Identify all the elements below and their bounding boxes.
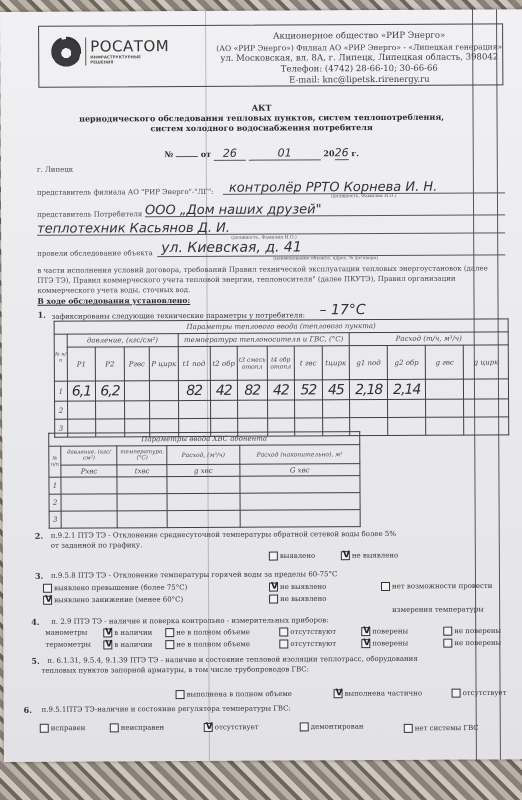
checkbox-option[interactable]: нет системы ГВС xyxy=(404,724,479,733)
table-cell-p2[interactable]: 6,2 xyxy=(96,381,125,401)
item6-text: п.9.5.1ПТЭ ТЭ-наличие и состояние регуля… xyxy=(42,703,291,714)
cold-subheader: g хвс xyxy=(167,464,239,476)
act-title: АКТ периодического обследования тепловых… xyxy=(0,101,522,134)
table-cell[interactable] xyxy=(61,511,117,528)
item5-text: тепловых пунктов запорной арматуры, в то… xyxy=(41,664,309,675)
table-cell-t2-обр[interactable]: 42 xyxy=(210,380,238,400)
heat-column-header: tцирк xyxy=(322,346,350,380)
checkbox-option[interactable]: отсутствуют xyxy=(279,639,336,648)
findings-heading: В ходе обследования установлено: xyxy=(37,296,190,306)
checkbox-icon[interactable] xyxy=(40,724,49,733)
item3-extra-text: измерения температуры xyxy=(392,605,484,613)
table-cell-t2-обр[interactable] xyxy=(210,400,238,418)
survey-object-field[interactable]: ул. Киевская, д. 41 xyxy=(157,235,505,257)
table-cell-g-гвс[interactable] xyxy=(426,379,464,399)
rep-branch-label: представитель филиала АО "РИР Энерго"-"Л… xyxy=(37,188,214,197)
rep-branch-field[interactable]: контролёр РРТО Корнева И. Н. xyxy=(223,175,505,194)
table-cell-g-цирк[interactable] xyxy=(464,379,509,399)
cold-header: давление, (кгс/см²) xyxy=(61,446,117,465)
survey-label: провели обследование объекта xyxy=(37,249,153,258)
table-cell-g-цирк[interactable] xyxy=(464,399,509,417)
checkbox-icon[interactable] xyxy=(269,595,278,604)
checkbox-option[interactable]: поверены xyxy=(361,627,408,636)
date-month[interactable]: 01 xyxy=(249,146,321,160)
checkbox-label: отсутствует xyxy=(215,723,259,731)
scope-paragraph: в части исполнения условий договора, тре… xyxy=(37,263,497,295)
checkbox-label: выявлено xyxy=(280,552,315,560)
checkbox-label: не поверены xyxy=(454,627,501,635)
table-cell-p-цирк[interactable] xyxy=(150,381,179,401)
checkbox-option[interactable]: демонтирован xyxy=(300,722,364,731)
checkbox-icon[interactable] xyxy=(443,627,452,636)
number-label: № xyxy=(164,149,173,159)
checkbox-option[interactable]: отсутствует xyxy=(452,688,507,697)
heat-column-header: P2 xyxy=(96,347,125,381)
year-unit: г. xyxy=(351,148,359,158)
survey-object-value: ул. Киевская, д. 41 xyxy=(161,239,302,256)
item-number: 3. xyxy=(35,571,43,581)
table-cell-t1-под[interactable] xyxy=(178,400,210,418)
row-number: 2 xyxy=(49,494,61,511)
row-number-header: № п/п xyxy=(54,334,67,381)
table-cell-g2-обр[interactable]: 2,14 xyxy=(388,379,426,399)
item2-text: п.9.2.1 ПТЭ ТЭ - Отклонение среднесуточн… xyxy=(51,529,396,541)
item3-text: п.9.5.8 ПТЭ ТЭ - Отклонение температуры … xyxy=(51,569,337,580)
table-cell[interactable] xyxy=(167,476,239,493)
table-cell-t3-смесь-отопл[interactable] xyxy=(238,400,268,418)
checkbox-label: выполнена частично xyxy=(345,689,423,697)
checkbox-label: отсутствуют xyxy=(290,628,336,636)
checkbox-icon[interactable] xyxy=(279,639,288,648)
item4-text: п. 2.9 ПТЭ ТЭ - наличие и поверка контро… xyxy=(51,615,328,626)
checkbox-label: выполнена в полном объеме xyxy=(187,690,292,699)
org-line: ул. Московская, вл. 8А, г. Липецк, Липец… xyxy=(214,52,504,65)
instrument-label: манометры xyxy=(45,629,87,637)
checkbox-checked-icon[interactable] xyxy=(103,628,112,637)
checkbox-checked-icon[interactable] xyxy=(361,627,370,636)
checkbox-option[interactable]: не в полном объеме xyxy=(165,640,250,649)
table-cell[interactable] xyxy=(61,477,117,494)
item-number: 6. xyxy=(24,705,32,715)
heat-input-table: Параметры теплового ввода (теплового пун… xyxy=(54,318,510,437)
table-row: 3 xyxy=(49,510,360,529)
checkbox-option[interactable]: выявлено превышение (более 75°С) xyxy=(43,583,187,593)
table-cell-tцирк[interactable] xyxy=(322,400,350,418)
checkbox-checked-icon[interactable] xyxy=(341,551,350,560)
checkbox-label: отсутствует xyxy=(463,689,507,697)
table-row: 1 xyxy=(49,476,360,495)
checkbox-checked-icon[interactable] xyxy=(269,583,278,592)
checkbox-icon[interactable] xyxy=(176,690,185,699)
checkbox-option[interactable]: не поверены xyxy=(443,638,501,647)
table-cell[interactable] xyxy=(117,511,167,528)
checkbox-option[interactable]: отсутствует xyxy=(204,723,259,732)
rep-consumer-field[interactable]: ООО „Дом наших друзей" xyxy=(145,197,505,217)
logo-divider xyxy=(85,38,86,66)
table-cell[interactable] xyxy=(167,510,239,527)
heat-column-header: Pгвс xyxy=(124,347,150,381)
checkbox-option[interactable]: не выявлено xyxy=(269,582,326,591)
pressure-group-header: давление, (кгс/см²) xyxy=(67,334,178,348)
logo-name: РОСАТОМ xyxy=(90,39,169,54)
table-cell-t3-смесь-отопл[interactable]: 82 xyxy=(237,380,267,400)
checkbox-icon[interactable] xyxy=(452,689,461,698)
heat-column-header: t2 обр xyxy=(210,346,238,380)
table-cell-g-гвс[interactable] xyxy=(426,417,464,435)
checkbox-option[interactable]: выполнена в полном объеме xyxy=(176,689,292,699)
checkbox-label: демонтирован xyxy=(311,723,364,731)
checkbox-option[interactable]: не выявлено xyxy=(269,594,326,603)
checkbox-label: поверены xyxy=(372,627,408,635)
table-cell-g-гвс[interactable] xyxy=(426,399,464,417)
checkbox-label: не выявлено xyxy=(280,583,326,591)
checkbox-option[interactable]: не выявлено xyxy=(341,551,398,560)
row-number-header: № п/п xyxy=(49,446,61,477)
letterhead: РОСАТОМ ИНФРАСТРУКТУРНЫЕ РЕШЕНИЯ Акционе… xyxy=(38,23,503,87)
item-number: 5. xyxy=(31,656,39,666)
table-cell-g2-обр[interactable] xyxy=(388,399,426,417)
checkbox-label: отсутствуют xyxy=(290,640,336,648)
item-number: 1. xyxy=(38,310,46,320)
table-cell-t-гвс[interactable]: 52 xyxy=(295,380,323,400)
heat-column-header: t1 под xyxy=(178,346,210,380)
checkbox-checked-icon[interactable] xyxy=(103,640,112,649)
table-cell-p1[interactable]: 6,1 xyxy=(67,381,96,401)
cold-header: температура, (°С) xyxy=(117,446,167,465)
table-row: 16,16,28242824252452,182,14 xyxy=(54,379,508,401)
checkbox-label: не в полном объеме xyxy=(176,628,250,636)
checkbox-icon[interactable] xyxy=(279,627,288,636)
checkbox-option[interactable]: отсутствуют xyxy=(279,627,336,636)
checkbox-option[interactable]: не в полном объеме xyxy=(165,628,250,637)
rosatom-logo: РОСАТОМ ИНФРАСТРУКТУРНЫЕ РЕШЕНИЯ xyxy=(51,36,169,67)
checkbox-label: не выявлено xyxy=(352,551,398,559)
checkbox-label: не поверены xyxy=(454,639,501,647)
table-cell[interactable] xyxy=(240,510,361,528)
cold-header: Расход, (м³/ч) xyxy=(167,445,239,464)
table-cell-g2-обр[interactable] xyxy=(388,417,426,435)
cold-subheader: G хвс xyxy=(239,464,359,477)
rep-consumer-value-2: теплотехник Касьянов Д. И. xyxy=(37,221,230,237)
checkbox-option[interactable]: поверены xyxy=(361,639,408,648)
table-cell[interactable] xyxy=(240,493,361,511)
heat-column-header: P1 xyxy=(67,347,96,381)
row-number: 1 xyxy=(54,381,67,401)
table-cell[interactable] xyxy=(117,494,167,511)
checkbox-checked-icon[interactable] xyxy=(361,639,370,648)
checkbox-icon[interactable] xyxy=(381,582,390,591)
table-cell-pгвс[interactable] xyxy=(124,401,149,419)
heat-column-header: g гвс xyxy=(426,345,464,379)
organization-details: Акционерное общество «РИР Энерго» (АО «Р… xyxy=(214,30,504,87)
table-row: 2 xyxy=(49,493,360,512)
heat-column-header: P цирк xyxy=(149,347,178,381)
table-cell-tцирк[interactable]: 45 xyxy=(322,380,350,400)
table-cell-t4-обр-отопл[interactable]: 42 xyxy=(267,380,295,400)
row-number: 2 xyxy=(55,401,68,419)
org-email: E-mail: knc@lipetsk.rirenergy.ru xyxy=(214,74,504,87)
checkbox-option[interactable]: не поверены xyxy=(443,626,501,635)
cold-header: Расход (накопительно), м³ xyxy=(239,445,360,465)
checkbox-icon[interactable] xyxy=(269,552,278,561)
cold-water-input-table: Параметры ввода ХВС абонента № п/п давле… xyxy=(48,431,360,529)
act-number-date: № от 26 01 2026 г. xyxy=(1,145,522,162)
row-number: 3 xyxy=(49,511,61,528)
heat-column-header: g цирк xyxy=(464,345,509,379)
table-cell-g1-под[interactable] xyxy=(350,399,388,417)
table-cell-pгвс[interactable] xyxy=(124,381,149,401)
table-cell[interactable] xyxy=(167,493,239,510)
table-cell-t1-под[interactable]: 82 xyxy=(178,380,210,400)
checkbox-label: выявлено превышение (более 75°С) xyxy=(54,584,187,593)
city: г. Липецк xyxy=(37,166,73,174)
table-cell[interactable] xyxy=(61,494,117,511)
checkbox-label: не выявлено xyxy=(280,595,326,603)
table-cell[interactable] xyxy=(240,476,361,494)
table-cell[interactable] xyxy=(117,477,167,494)
checkbox-option[interactable]: выявлено занижение (менее 60°С) xyxy=(43,595,183,605)
checkbox-option[interactable]: исправен xyxy=(40,724,86,733)
checkbox-label: выявлено занижение (менее 60°С) xyxy=(54,596,183,605)
document-page: РОСАТОМ ИНФРАСТРУКТУРНЫЕ РЕШЕНИЯ Акционе… xyxy=(0,9,522,762)
checkbox-label: нет возможности провести xyxy=(392,582,492,591)
heat-column-header: g2 обр xyxy=(387,345,425,379)
table-cell-t-гвс[interactable] xyxy=(295,400,323,418)
from-label: от xyxy=(201,149,211,159)
cold-subheader: tхвс xyxy=(117,465,167,477)
rosatom-logo-icon xyxy=(51,37,81,67)
row-number: 1 xyxy=(49,477,61,494)
table-cell-p-цирк[interactable] xyxy=(150,401,179,419)
checkbox-checked-icon[interactable] xyxy=(43,596,52,605)
checkbox-label: исправен xyxy=(51,724,86,732)
item-number: 4. xyxy=(31,617,39,627)
checkbox-label: неисправен xyxy=(121,724,165,732)
checkbox-option[interactable]: в наличии xyxy=(103,640,152,649)
year-prefix: 20 xyxy=(323,148,334,158)
logo-subtitle: РЕШЕНИЯ xyxy=(90,59,169,64)
heat-column-header: t4 обр отопл xyxy=(267,346,295,380)
checkbox-label: в наличии xyxy=(114,641,152,649)
checkbox-option[interactable]: выявлено xyxy=(269,551,315,560)
checkbox-option[interactable]: выполнена частично xyxy=(334,689,423,698)
checkbox-icon[interactable] xyxy=(300,722,309,731)
instrument-label: термометры xyxy=(45,641,91,649)
heat-column-header: g1 под xyxy=(349,345,387,379)
checkbox-label: не в полном объеме xyxy=(176,640,250,648)
flow-group-header: Расход (т/ч, м³/ч) xyxy=(349,332,508,346)
table-cell-p1[interactable] xyxy=(67,401,96,419)
heat-column-header: t гвс xyxy=(294,346,322,380)
checkbox-label: поверены xyxy=(372,639,408,647)
table-cell-g1-под[interactable]: 2,18 xyxy=(350,379,388,399)
checkbox-icon[interactable] xyxy=(43,584,52,593)
table-cell-t4-обр-отопл[interactable] xyxy=(267,400,295,418)
checkbox-checked-icon[interactable] xyxy=(204,723,213,732)
temperature-group-header: температура теплоносителя и ГВС, (°С) xyxy=(178,333,349,347)
item2-text: от заданной по графику. xyxy=(51,540,143,550)
checkbox-label: нет системы ГВС xyxy=(415,724,479,732)
heat-column-header: t3 смесь отопл xyxy=(237,346,267,380)
checkbox-icon[interactable] xyxy=(404,724,413,733)
checkbox-option[interactable]: неисправен xyxy=(110,723,165,732)
table-row: 2 xyxy=(55,399,509,419)
checkbox-icon[interactable] xyxy=(443,639,452,648)
table-cell-p2[interactable] xyxy=(96,401,125,419)
date-day[interactable]: 26 xyxy=(214,147,246,161)
checkbox-option[interactable]: нет возможности провести xyxy=(381,581,492,591)
checkbox-option[interactable]: в наличии xyxy=(103,628,152,637)
checkbox-icon[interactable] xyxy=(165,640,174,649)
table-cell-g-цирк[interactable] xyxy=(464,417,509,435)
checkbox-icon[interactable] xyxy=(110,723,119,732)
checkbox-checked-icon[interactable] xyxy=(334,689,343,698)
cold-subheader: Pхвс xyxy=(61,465,117,477)
date-year[interactable]: 26 xyxy=(335,146,349,160)
checkbox-label: в наличии xyxy=(114,629,152,637)
outdoor-temperature[interactable]: – 17°С xyxy=(320,302,366,318)
field-caption: (наименование объекта, адрес, № договора… xyxy=(273,256,378,262)
item-number: 2. xyxy=(35,531,43,541)
rep-consumer-field-2[interactable]: теплотехник Касьянов Д. И. xyxy=(37,215,505,235)
checkbox-icon[interactable] xyxy=(165,628,174,637)
